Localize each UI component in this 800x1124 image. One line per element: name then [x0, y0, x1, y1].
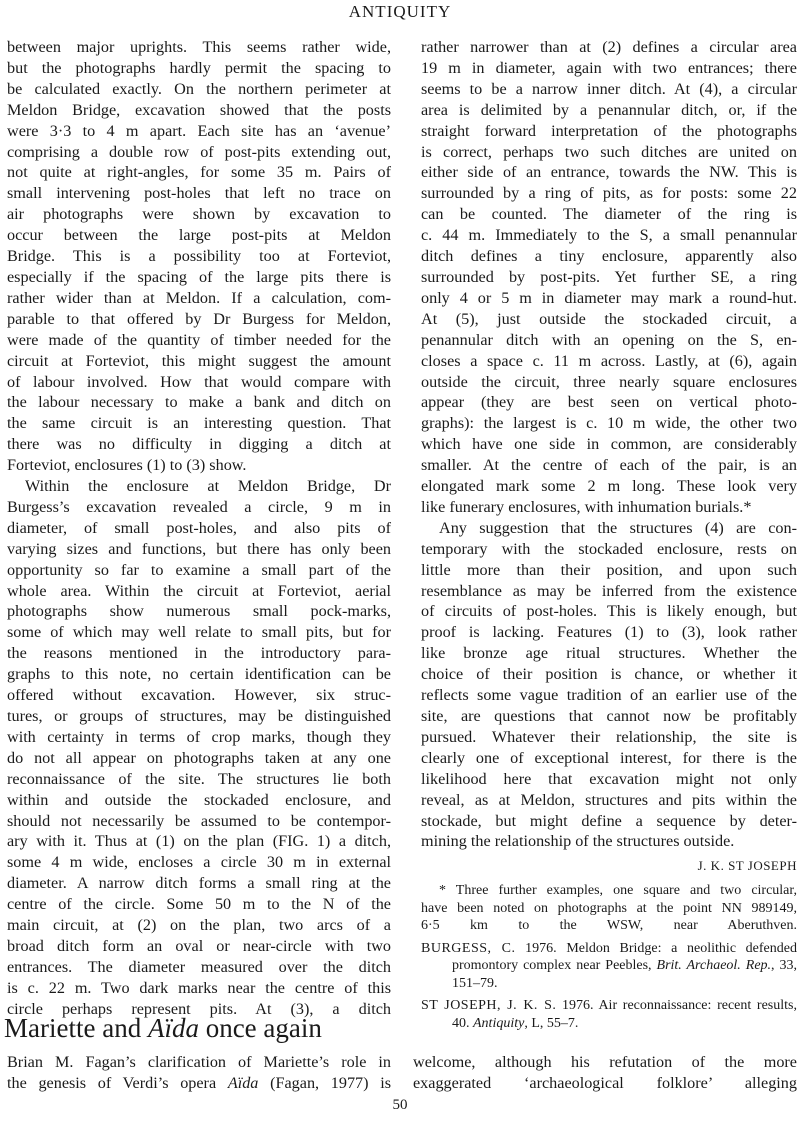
- text-line: diameter, of small post-holes, and also …: [7, 518, 391, 539]
- text-line: there was no difficulty in digging a dit…: [7, 434, 391, 455]
- text-line: photographs show numerous small pock-mar…: [7, 601, 391, 622]
- text-line: At (5), just outside the stockaded circu…: [421, 309, 797, 330]
- text-line: do not all appear on photographs taken a…: [7, 748, 391, 769]
- text-line: either side of an entrance, towards the …: [421, 162, 797, 183]
- text-line: occur between the large post-pits at Mel…: [7, 225, 391, 246]
- text-line: ditch defines a tiny enclosure, apparent…: [421, 246, 797, 267]
- text-line: 6·5 km to the WSW, near Aberuthven.: [421, 917, 797, 935]
- text-line: small intervening post-holes that left n…: [7, 183, 391, 204]
- text-line: 19 m in diameter, again with two entranc…: [421, 58, 797, 79]
- text-line: main circuit, at (2) on the plan, two ar…: [7, 915, 391, 936]
- text-line: have been noted on photographs at the po…: [421, 900, 797, 918]
- text-line: opportunity so far to examine a small pa…: [7, 560, 391, 581]
- text-line: which have one side in common, are consi…: [421, 434, 797, 455]
- right-paragraph-2: Any suggestion that the structures (4) a…: [421, 518, 797, 853]
- left-paragraph-2: Within the enclosure at Meldon Bridge, D…: [7, 476, 391, 1020]
- right-paragraph-1: rather narrower than at (2) defines a ci…: [421, 37, 797, 518]
- text-line: be calculated exactly. On the northern p…: [7, 79, 391, 100]
- text-line: with certainty in terms of crop marks, t…: [7, 727, 391, 748]
- text-line: the genesis of Verdi’s opera Aïda (Fagan…: [7, 1073, 391, 1094]
- text-line: Forteviot, enclosures (1) to (3) show.: [7, 455, 391, 476]
- text-line: resemblance as may be inferred from the …: [421, 581, 797, 602]
- author-signature: J. K. ST JOSEPH: [421, 856, 797, 876]
- text-line: whole area. Within the circuit at Fortev…: [7, 581, 391, 602]
- reference-pages: , L, 55–7.: [524, 1016, 578, 1031]
- heading-text: Mariette and: [4, 1013, 148, 1043]
- text-line: rather narrower than at (2) defines a ci…: [421, 37, 797, 58]
- text-line: Meldon Bridge, excavation showed that th…: [7, 100, 391, 121]
- left-column: between major uprights. This seems rathe…: [7, 37, 391, 1020]
- next-article-right-column: welcome, although his refutation of the …: [413, 1052, 797, 1094]
- text-line: especially if the spacing of the large p…: [7, 267, 391, 288]
- text-line: were 3·3 to 4 m apart. Each site has an …: [7, 121, 391, 142]
- reference-journal: Antiquity: [473, 1016, 524, 1031]
- text-line: between major uprights. This seems rathe…: [7, 37, 391, 58]
- text-line: surrounded by post-pits. Yet further SE,…: [421, 267, 797, 288]
- next-article-left-column: Brian M. Fagan’s clarification of Mariet…: [7, 1052, 391, 1094]
- text-line: some of which may well relate to small p…: [7, 622, 391, 643]
- text-line: graphs to this note, no certain identifi…: [7, 664, 391, 685]
- text-line: reflects some vague tradition of an earl…: [421, 685, 797, 706]
- text-line: like funerary enclosures, with inhumatio…: [421, 497, 797, 518]
- text-line: offered without excavation. However, six…: [7, 685, 391, 706]
- text-line: Bridge. This is a possibility too at For…: [7, 246, 391, 267]
- text-line: penannular ditch with an opening on the …: [421, 330, 797, 351]
- text-line: rather wider than at Meldon. If a calcul…: [7, 288, 391, 309]
- text-line: of circuits of post-holes. This is likel…: [421, 601, 797, 622]
- text-line: the same circuit is an interesting quest…: [7, 413, 391, 434]
- text-line: elongated mark some 2 m long. These look…: [421, 476, 797, 497]
- reference-author: BURGESS, C.: [421, 941, 516, 956]
- running-head: ANTIQUITY: [0, 1, 800, 23]
- text-line: not quite at right-angles, for some 35 m…: [7, 162, 391, 183]
- text-line: outside the circuit, three nearly square…: [421, 372, 797, 393]
- heading-italic: Aïda: [148, 1013, 199, 1043]
- text-line: circuit at Forteviot, this might suggest…: [7, 351, 391, 372]
- text-line: * Three further examples, one square and…: [421, 882, 797, 900]
- reference-author: ST JOSEPH, J. K. S.: [421, 998, 556, 1013]
- text-line: air photographs were shown by excavation…: [7, 204, 391, 225]
- text-line: is correct, perhaps two such ditches are…: [421, 142, 797, 163]
- text-line: exaggerated ‘archaeological folklore’ al…: [413, 1073, 797, 1094]
- text-line: were made of the quantity of timber need…: [7, 330, 391, 351]
- text-line: appear (they are best seen on vertical p…: [421, 392, 797, 413]
- footnote: * Three further examples, one square and…: [421, 882, 797, 935]
- text-line: like bronze age ritual structures. Wheth…: [421, 643, 797, 664]
- text-line: is c. 22 m. Two dark marks near the cent…: [7, 978, 391, 999]
- references: BURGESS, C. 1976. Meldon Bridge: a neoli…: [421, 940, 797, 1033]
- right-column: rather narrower than at (2) defines a ci…: [421, 37, 797, 1037]
- text-line: surrounded by a ring of pits, as for pos…: [421, 183, 797, 204]
- text-line: can be counted. The diameter of the ring…: [421, 204, 797, 225]
- text-line: seems to be a narrow inner ditch. At (4)…: [421, 79, 797, 100]
- text-line: proof is lacking. Features (1) to (3), l…: [421, 622, 797, 643]
- text-line: stockade, but might define a sequence by…: [421, 811, 797, 832]
- text-line: little more than their position, and upo…: [421, 560, 797, 581]
- text-line: straight forward interpretation of the p…: [421, 121, 797, 142]
- text-line: pursued. Whatever their relationship, th…: [421, 727, 797, 748]
- text-line: the labour necessary to make a bank and …: [7, 392, 391, 413]
- page-number: 50: [0, 1097, 800, 1114]
- text-line: the reasons mentioned in the introductor…: [7, 643, 391, 664]
- text-line: Within the enclosure at Meldon Bridge, D…: [7, 476, 391, 497]
- text-line: choice of their position is chance, or w…: [421, 664, 797, 685]
- text-line: but the photographs hardly permit the sp…: [7, 58, 391, 79]
- text-line: entrances. The diameter measured over th…: [7, 957, 391, 978]
- text-line: centre of the circle. Some 50 m to the N…: [7, 894, 391, 915]
- text-line: within and outside the stockaded enclosu…: [7, 790, 391, 811]
- text-line: should not necessarily be assumed to be …: [7, 811, 391, 832]
- heading-text: once again: [199, 1013, 322, 1043]
- text-line: Burgess’s excavation revealed a circle, …: [7, 497, 391, 518]
- text-line: c. 44 m. Immediately to the S, a small p…: [421, 225, 797, 246]
- text-line: closes a space c. 11 m across. Lastly, a…: [421, 351, 797, 372]
- reference-journal: Brit. Archaeol. Rep.: [657, 958, 772, 973]
- text-line: only 4 or 5 m in diameter may mark a rou…: [421, 288, 797, 309]
- text-line: varying sizes and functions, but there h…: [7, 539, 391, 560]
- text-line: likelihood here that excavation might no…: [421, 769, 797, 790]
- text-line: some 4 m wide, encloses a circle 30 m in…: [7, 852, 391, 873]
- text-line: reconnaissance of the site. The structur…: [7, 769, 391, 790]
- text-line: smaller. At the centre of each of the pa…: [421, 455, 797, 476]
- reference-item: BURGESS, C. 1976. Meldon Bridge: a neoli…: [421, 940, 797, 993]
- text-line: parable to that offered by Dr Burgess fo…: [7, 309, 391, 330]
- text-line: temporary with the stockaded enclosure, …: [421, 539, 797, 560]
- text-line: mining the relationship of the structure…: [421, 831, 797, 852]
- text-line: diameter. A narrow ditch forms a small r…: [7, 873, 391, 894]
- text-line: graphs): the largest is c. 10 m wide, th…: [421, 413, 797, 434]
- text-line: tures, or groups of structures, may be d…: [7, 706, 391, 727]
- left-paragraph-1: between major uprights. This seems rathe…: [7, 37, 391, 476]
- text-line: Any suggestion that the structures (4) a…: [421, 518, 797, 539]
- text-line: welcome, although his refutation of the …: [413, 1052, 797, 1073]
- text-line: reveal, as at Meldon, structures and pit…: [421, 790, 797, 811]
- text-line: ary with it. Thus at (1) on the plan (FI…: [7, 831, 391, 852]
- text-line: broad ditch form an oval or near-circle …: [7, 936, 391, 957]
- text-line: of labour involved. How that would compa…: [7, 372, 391, 393]
- text-line: area is delimited by a penannular ditch,…: [421, 100, 797, 121]
- reference-item: ST JOSEPH, J. K. S. 1976. Air reconnaiss…: [421, 997, 797, 1032]
- text-line: site, are questions that cannot now be p…: [421, 706, 797, 727]
- text-line: clearly one of exceptional interest, for…: [421, 748, 797, 769]
- article-heading: Mariette and Aïda once again: [4, 1011, 322, 1045]
- text-line: Brian M. Fagan’s clarification of Mariet…: [7, 1052, 391, 1073]
- text-line: comprising a double row of post-pits ext…: [7, 142, 391, 163]
